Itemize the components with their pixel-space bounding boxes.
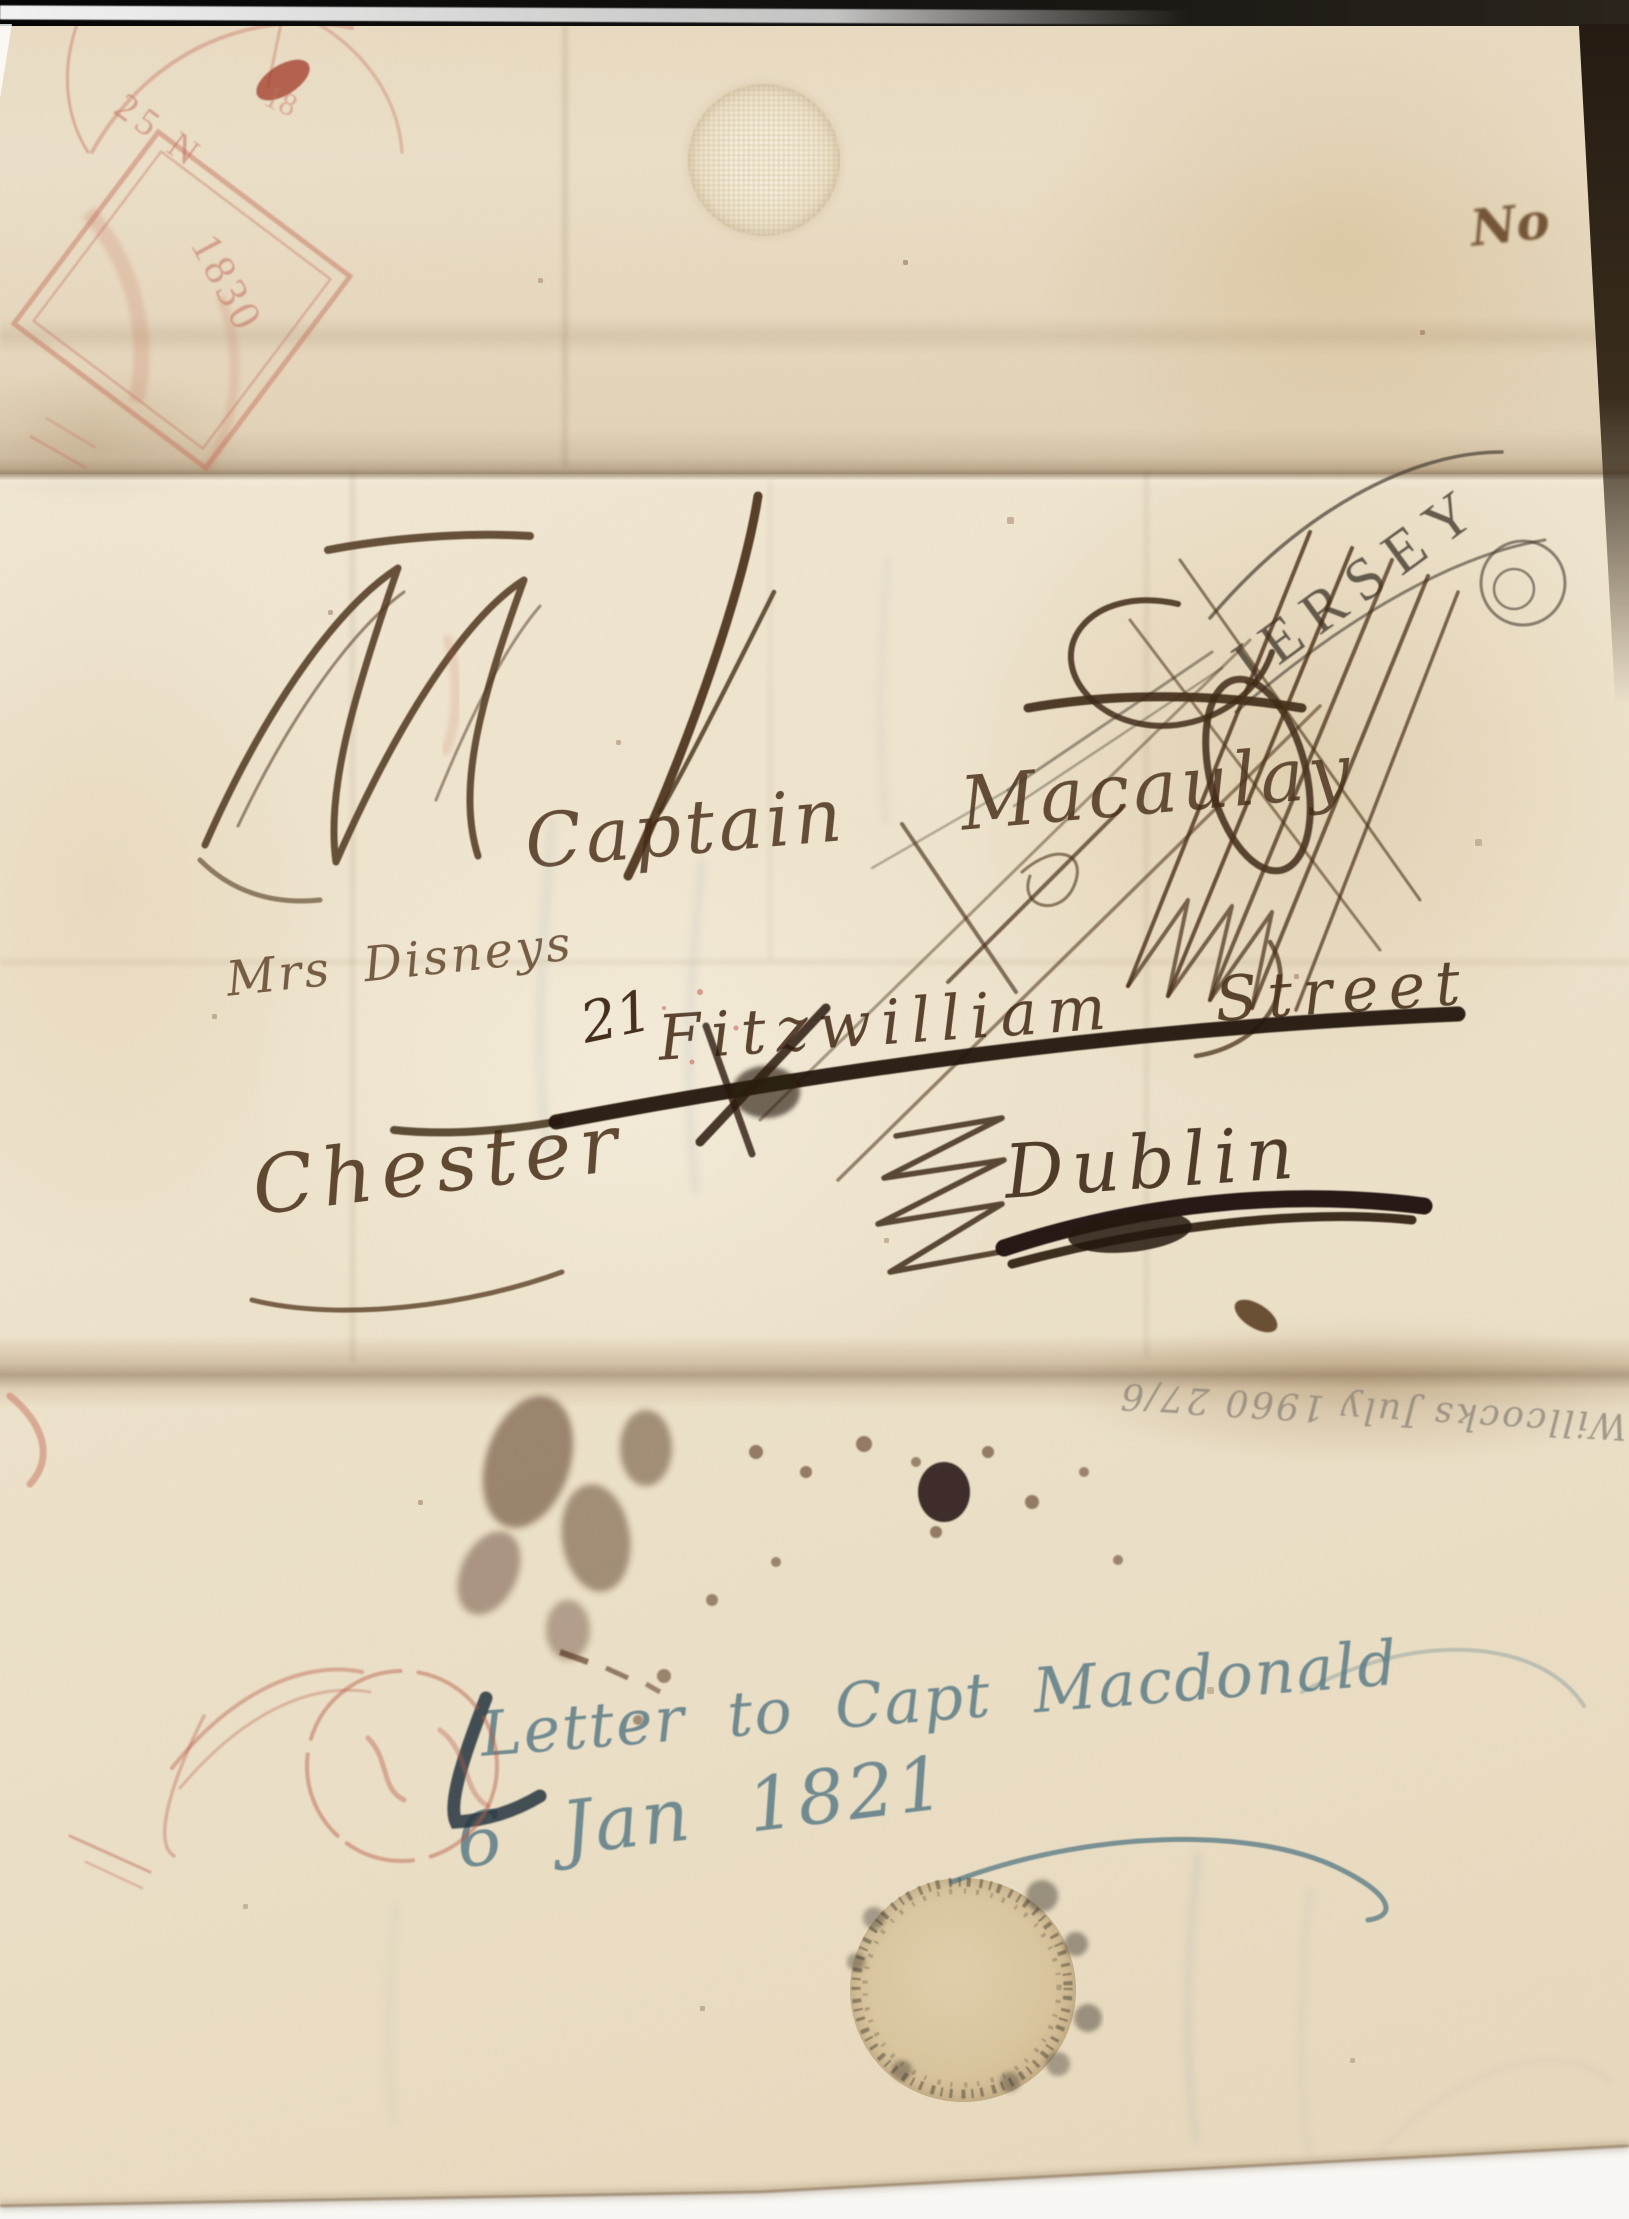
- flap-edge-crease: [0, 458, 1629, 488]
- wax-seal-stain: [850, 1878, 1076, 2102]
- scanner-glare-strip: [0, 5, 1190, 24]
- red-datestamp-year: 18: [259, 78, 303, 124]
- vertical-crease-left: [350, 470, 355, 1362]
- paper-grain-texture: [0, 22, 1629, 2202]
- paper-bottom-edge: [0, 2146, 1629, 2219]
- red-diamond-year: 1830: [181, 226, 273, 341]
- street-line: Fitzwilliam Street: [656, 951, 1472, 1070]
- fingerprint-smudges: [445, 1384, 672, 1660]
- ink-overlay: 25 N 18 1830 JERSEY: [0, 0, 1629, 2219]
- paper: [0, 22, 1629, 2219]
- left-edge-red-mark: [10, 1396, 43, 1484]
- redirect-name-line: Mrs Disneys: [224, 920, 576, 1004]
- jersey-scroll-text: JERSEY: [1217, 470, 1496, 698]
- pencil-dealer-note: Willcocks July 1960 27/6: [1127, 1357, 1629, 1451]
- red-diamond-postmark: 1830: [14, 132, 350, 470]
- red-datestamp-day: 25 N: [107, 85, 212, 177]
- wax-seal-speckle-rim: [847, 1880, 1102, 2094]
- pencil-dealer-note-text: Willcocks July 1960 27/6: [1118, 1376, 1629, 1443]
- vertical-crease-middle: [768, 480, 772, 960]
- chester-underline: [252, 1272, 562, 1310]
- house-number: 21: [576, 983, 657, 1053]
- scanner-sliver-top-left: [0, 24, 12, 98]
- vertical-crease-flap: [562, 26, 568, 466]
- letter-scan: Captain Macaulay Mrs Disneys 21 Fitzwill…: [0, 0, 1629, 2219]
- stain-flap-left-edge: [0, 370, 250, 500]
- addressee-line: Captain Macaulay: [522, 734, 1357, 880]
- scanner-edge-top: [0, 0, 1629, 26]
- red-datestamp: 25 N 18: [67, 0, 402, 177]
- scanner-edge-right: [1572, 24, 1629, 704]
- ink-blot-no: No: [1468, 196, 1552, 254]
- rate-scrawl: [200, 535, 540, 901]
- upper-flap-panel: [0, 22, 1629, 474]
- town-chester: Chester: [248, 1102, 630, 1227]
- wafer-seal-impression: [688, 84, 840, 236]
- town-dublin: Dublin: [1002, 1115, 1304, 1210]
- vertical-crease-right: [1144, 470, 1149, 1358]
- fold-crease-upper: [0, 318, 1629, 354]
- red-circle-postmark: [70, 1670, 497, 1888]
- foxing-specks: [0, 0, 1, 1]
